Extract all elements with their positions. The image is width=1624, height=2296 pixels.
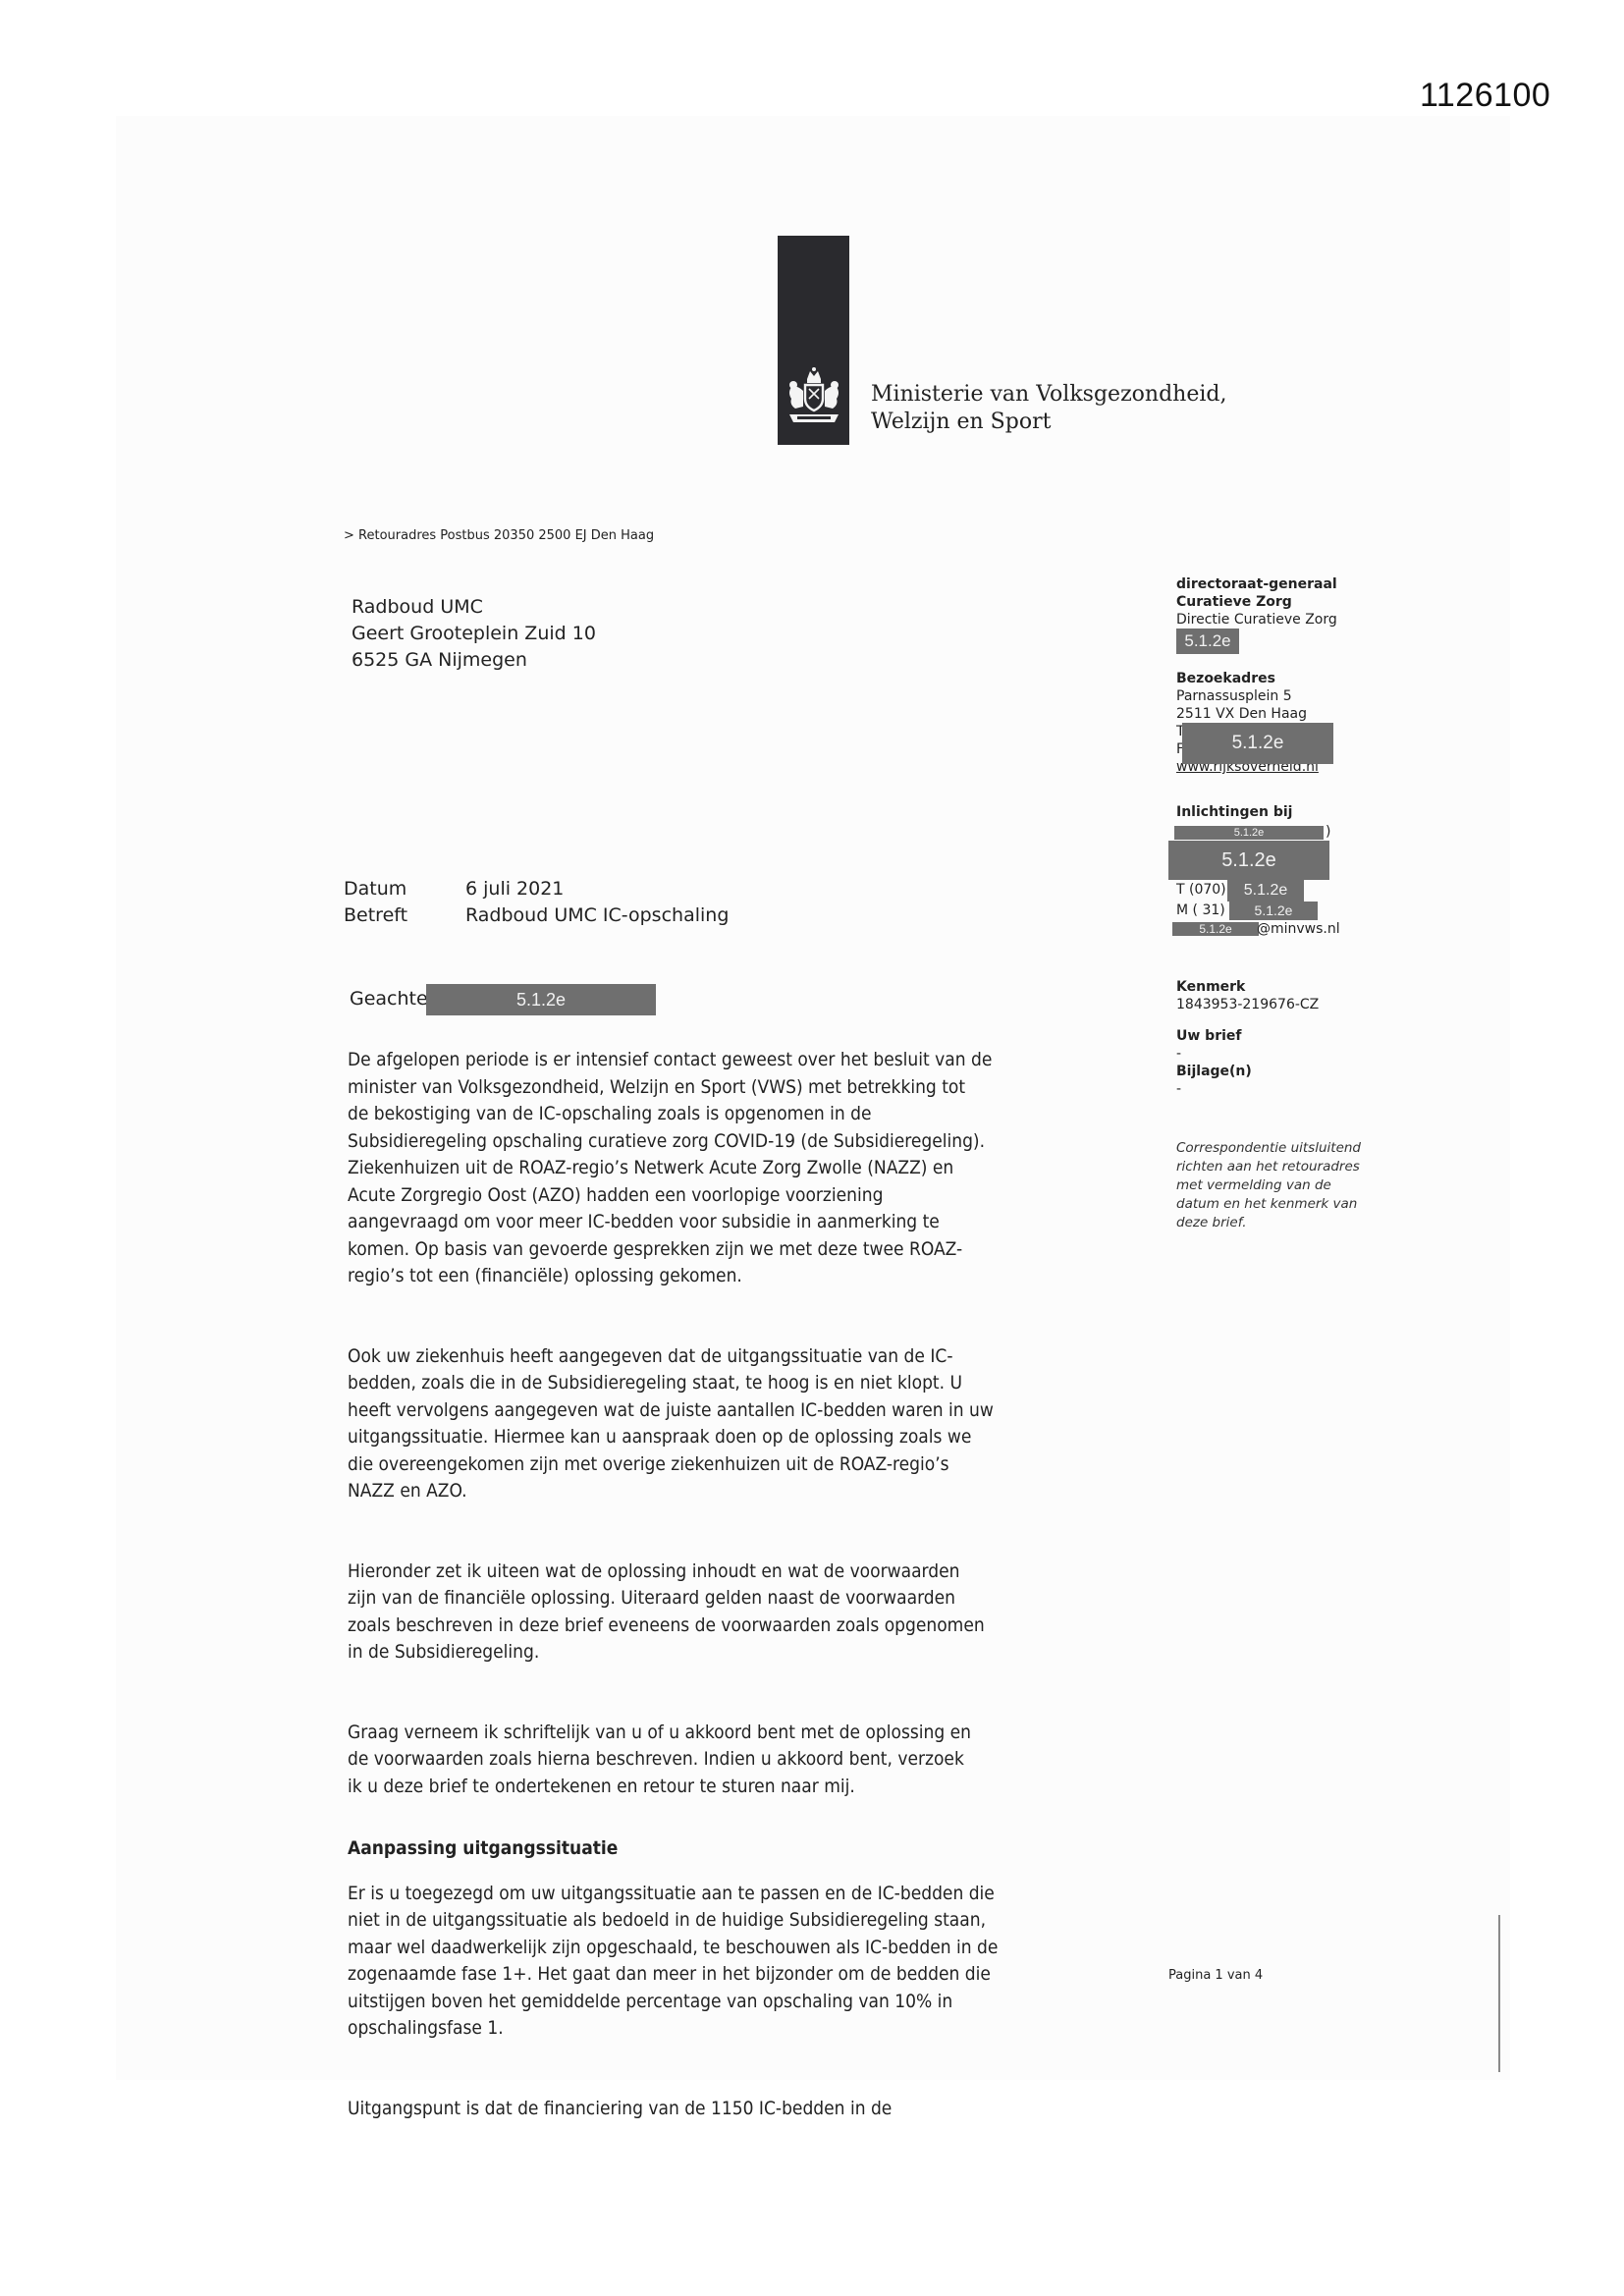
text-line: in de Subsidieregeling. [348,1639,1113,1667]
text-line: heeft vervolgens aangegeven wat de juist… [348,1397,1113,1425]
recipient-street: Geert Grooteplein Zuid 10 [352,621,596,647]
text-line: Ook uw ziekenhuis heeft aangegeven dat d… [348,1343,1113,1371]
notice-line: met vermelding van de [1176,1176,1361,1195]
your-letter-label: Uw brief [1176,1027,1319,1045]
redaction-info-2: 5.1.2e [1168,841,1329,880]
recipient-address: Radboud UMC Geert Grooteplein Zuid 10 65… [352,594,596,674]
text-line: regio’s tot een (financiële) oplossing g… [348,1263,1113,1290]
redaction-info-mobile: 5.1.2e [1229,902,1318,920]
letter-meta: Datum 6 juli 2021 Betreft Radboud UMC IC… [344,876,729,929]
redaction-salutation: 5.1.2e [426,984,656,1015]
text-line: uitstijgen boven het gemiddelde percenta… [348,1989,1113,2016]
text-line: maar wel daadwerkelijk zijn opgeschaald,… [348,1935,1113,1962]
attachments-value: - [1176,1080,1319,1098]
text-line: Acute Zorgregio Oost (AZO) hadden een vo… [348,1182,1113,1210]
letter-body: De afgelopen periode is er intensief con… [348,1029,1113,2140]
text-line: Subsidieregeling opschaling curatieve zo… [348,1128,1113,1156]
date-label: Datum [344,876,465,902]
info-paren: ) [1326,823,1330,841]
text-line: Hieronder zet ik uiteen wat de oplossing… [348,1558,1113,1586]
notice-line: datum en het kenmerk van [1176,1195,1361,1214]
subject-value: Radboud UMC IC-opschaling [465,902,729,929]
text-line: De afgelopen periode is er intensief con… [348,1047,1113,1074]
text-line: Graag verneem ik schriftelijk van u of u… [348,1720,1113,1747]
reference-label: Kenmerk [1176,978,1319,996]
sender-department: directoraat-generaal Curatieve Zorg Dire… [1176,575,1337,629]
text-line: ik u deze brief te ondertekenen en retou… [348,1774,1113,1801]
section-heading: Aanpassing uitgangssituatie [348,1835,1113,1863]
ministry-line-2: Welzijn en Sport [871,409,1226,436]
text-line: komen. Op basis van gevoerde gesprekken … [348,1236,1113,1264]
notice-line: richten aan het retouradres [1176,1158,1361,1176]
document-id: 1126100 [1420,77,1550,115]
ministry-name: Ministerie van Volksgezondheid, Welzijn … [871,381,1226,436]
crest-icon [784,365,844,430]
ministry-line-1: Ministerie van Volksgezondheid, [871,381,1226,409]
text-line: Er is u toegezegd om uw uitgangssituatie… [348,1881,1113,1908]
info-contact: Inlichtingen bij [1176,803,1292,821]
dept-line-2: Curatieve Zorg [1176,593,1337,611]
return-address: > Retouradres Postbus 20350 2500 EJ Den … [344,528,654,543]
text-line: zijn van de financiële oplossing. Uitera… [348,1585,1113,1613]
reference-block: Kenmerk 1843953-219676-CZ Uw brief - Bij… [1176,978,1319,1098]
page-number: Pagina 1 van 4 [1168,1968,1263,1983]
visit-label: Bezoekadres [1176,670,1319,687]
redaction-info-email: 5.1.2e [1172,922,1259,936]
text-line: de voorwaarden zoals hierna beschreven. … [348,1746,1113,1774]
info-mobile-prefix: M ( 31) [1176,902,1225,919]
subject-row: Betreft Radboud UMC IC-opschaling [344,902,729,929]
text-line: die overeengekomen zijn met overige ziek… [348,1451,1113,1479]
redaction-contact: 5.1.2e [1182,723,1333,764]
salutation: Geachte [350,988,428,1010]
redaction-info-1: 5.1.2e [1174,826,1324,840]
notice-line: deze brief. [1176,1214,1361,1232]
date-row: Datum 6 juli 2021 [344,876,729,902]
redaction-dept: 5.1.2e [1176,629,1239,654]
text-line: Uitgangspunt is dat de financiering van … [348,2096,1113,2123]
text-line: zogenaamde fase 1+. Het gaat dan meer in… [348,1961,1113,1989]
info-phone-prefix: T (070) [1176,881,1226,899]
text-line: niet in de uitgangssituatie als bedoeld … [348,1907,1113,1935]
text-line: Ziekenhuizen uit de ROAZ-regio’s Netwerk… [348,1155,1113,1182]
recipient-name: Radboud UMC [352,594,596,621]
info-email-suffix: @minvws.nl [1257,920,1340,938]
text-line: opschalingsfase 1. [348,2015,1113,2043]
salutation-text: Geachte [350,988,428,1010]
text-line: de bekostiging van de IC-opschaling zoal… [348,1101,1113,1128]
attachments-label: Bijlage(n) [1176,1063,1319,1080]
text-line: bedden, zoals die in de Subsidieregeling… [348,1370,1113,1397]
dept-line-3: Directie Curatieve Zorg [1176,611,1337,629]
recipient-city: 6525 GA Nijmegen [352,647,596,674]
visit-city: 2511 VX Den Haag [1176,705,1319,723]
your-letter-value: - [1176,1045,1319,1063]
info-label: Inlichtingen bij [1176,803,1292,821]
subject-label: Betreft [344,902,465,929]
text-line: zoals beschreven in deze brief eveneens … [348,1613,1113,1640]
dept-line-1: directoraat-generaal [1176,575,1337,593]
redaction-info-phone: 5.1.2e [1227,880,1304,902]
correspondence-notice: Correspondentie uitsluitend richten aan … [1176,1139,1361,1232]
notice-line: Correspondentie uitsluitend [1176,1139,1361,1158]
visit-street: Parnassusplein 5 [1176,687,1319,705]
text-line: NAZZ en AZO. [348,1478,1113,1505]
date-value: 6 juli 2021 [465,876,564,902]
reference-value: 1843953-219676-CZ [1176,996,1319,1013]
text-line: aangevraagd om voor meer IC-bedden voor … [348,1209,1113,1236]
text-line: uitgangssituatie. Hiermee kan u aanspraa… [348,1424,1113,1451]
page-edge-line [1498,1915,1500,2072]
text-line: minister van Volksgezondheid, Welzijn en… [348,1074,1113,1102]
